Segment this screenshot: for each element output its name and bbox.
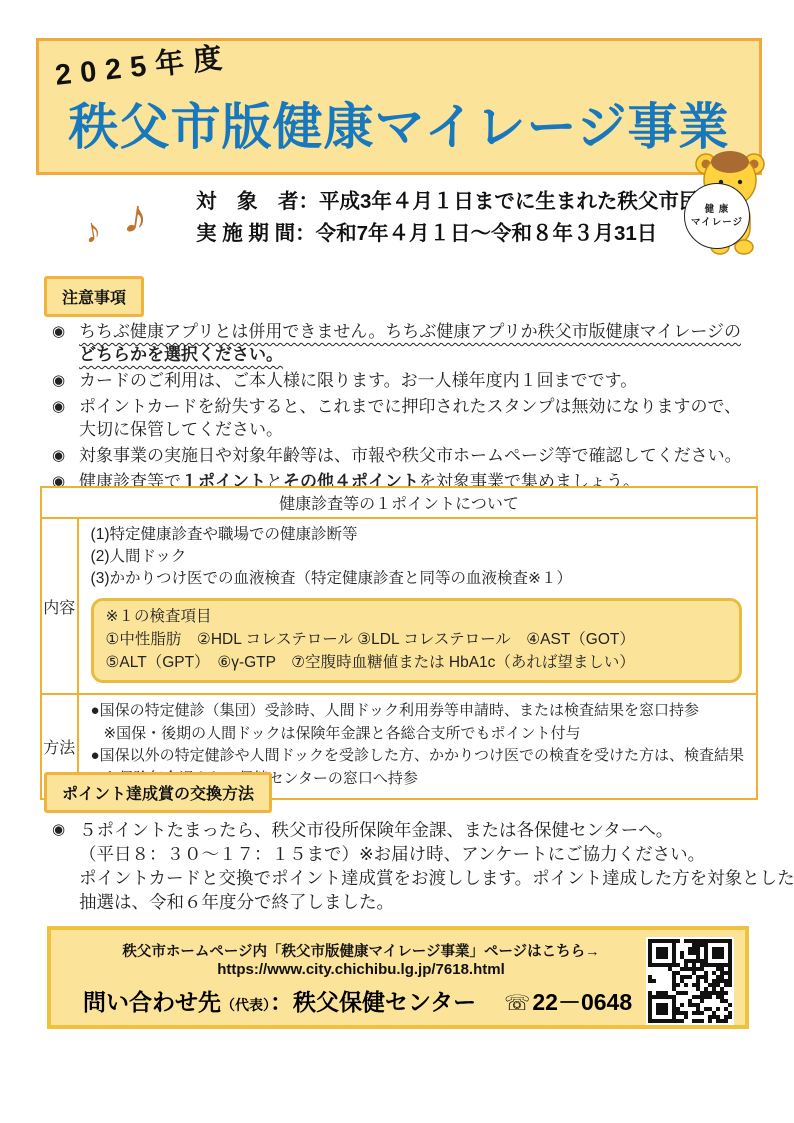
homepage-note: 秩父市ホームページ内「秩父市版健康マイレージ事業」ページはこちら→ bbox=[71, 940, 651, 961]
contact-line: 問い合わせ先（代表）：秩父保健センター☏22－0648 bbox=[83, 984, 632, 1017]
exchange-block: ◉ ５ポイントたまったら、秩父市役所保険年金課、または各保健センターへ。 （平日… bbox=[52, 818, 764, 917]
table-content-row: 内容 (1)特定健康診査や職場での健康診断等 (2)人間ドック (3)かかりつけ… bbox=[41, 518, 757, 694]
note-1-line-2: どちらかを選択ください。 bbox=[79, 345, 283, 364]
note-1-line-1: ちちぶ健康アプリとは併用できません。ちちぶ健康アプリか秩父市版健康マイレージの bbox=[79, 322, 741, 341]
method-line-3: ●国保以外の特定健診や人間ドックを受診した方、かかりつけ医での検査を受けた方は、… bbox=[91, 745, 744, 768]
health-mileage-badge: 健 康 マイレージ bbox=[684, 183, 750, 249]
content-line-3: (3)かかりつけ医での血液検査（特定健康診査と同等の血液検査※１） bbox=[91, 568, 744, 590]
note-item-3: ◉ ポイントカードを紛失すると、これまでに押印されたスタンプは無効になりますので… bbox=[52, 395, 764, 441]
music-note-large-icon: ♪ bbox=[120, 189, 151, 247]
content-line-1: (1)特定健康診査や職場での健康診断等 bbox=[91, 524, 744, 546]
period-line: 実 施 期 間：令和7年４月１日～令和８年３月31日 bbox=[196, 218, 718, 250]
music-notes-icon: ♪ ♪ bbox=[78, 190, 188, 260]
fisheye-bullet-icon: ◉ bbox=[52, 818, 79, 841]
phone-number: 22－0648 bbox=[532, 989, 632, 1015]
fisheye-bullet-icon: ◉ bbox=[52, 369, 79, 392]
contact-name: ：秩父保健センター bbox=[270, 989, 476, 1015]
exam-items-title: ※１の検査項目 bbox=[106, 605, 727, 628]
flyer-page: 2025年度 秩父市版健康マイレージ事業 健 康 マイレージ ♪ ♪ bbox=[0, 0, 794, 1123]
exchange-line-4: 抽選は、令和６年度分で終了しました。 bbox=[79, 892, 394, 912]
note-3-line-1: ポイントカードを紛失すると、これまでに押印されたスタンプは無効になりますので、 bbox=[79, 397, 741, 416]
exchange-text: ５ポイントたまったら、秩父市役所保険年金課、または各保健センターへ。 （平日８：… bbox=[79, 818, 794, 914]
method-line-1: ●国保の特定健診（集団）受診時、人間ドック利用券等申請時、または検査結果を窓口持… bbox=[91, 700, 744, 723]
period-label: 実 施 期 間： bbox=[196, 222, 316, 245]
intro-block: ♪ ♪ 対 象 者：平成3年４月１日までに生まれた秩父市民 実 施 期 間：令和… bbox=[78, 186, 718, 260]
contact-label: 問い合わせ先 bbox=[83, 989, 221, 1015]
homepage-url[interactable]: https://www.city.chichibu.lg.jp/7618.htm… bbox=[71, 961, 651, 978]
method-line-2: ※国保・後期の人間ドックは保険年金課と各総合支所でもポイント付与 bbox=[91, 723, 744, 746]
exchange-line-3: ポイントカードと交換でポイント達成賞をお渡しします。ポイント達成した方を対象とし… bbox=[79, 868, 794, 888]
target-label: 対 象 者： bbox=[196, 190, 319, 213]
header-band: 2025年度 秩父市版健康マイレージ事業 bbox=[36, 38, 762, 175]
note-3-line-2: 大切に保管してください。 bbox=[79, 420, 283, 439]
exam-items-line-2: ⑤ALT（GPT） ⑥γ-GTP ⑦空腹時血糖値または HbA1c（あれば望まし… bbox=[106, 651, 727, 674]
exchange-heading: ポイント達成賞の交換方法 bbox=[44, 772, 272, 813]
fisheye-bullet-icon: ◉ bbox=[52, 444, 79, 467]
content-line-2: (2)人間ドック bbox=[91, 546, 744, 568]
contact-paren: （代表） bbox=[221, 997, 270, 1013]
note-item-2: ◉ カードのご利用は、ご本人様に限ります。お一人様年度内１回までです。 bbox=[52, 369, 764, 392]
target-value: 平成3年４月１日までに生まれた秩父市民 bbox=[319, 190, 699, 213]
fiscal-year: 2025年度 bbox=[53, 35, 233, 94]
note-item-2-text: カードのご利用は、ご本人様に限ります。お一人様年度内１回までです。 bbox=[79, 369, 637, 392]
qr-code-panel bbox=[646, 937, 734, 1025]
content-row-cell: (1)特定健康診査や職場での健康診断等 (2)人間ドック (3)かかりつけ医での… bbox=[78, 518, 757, 694]
qr-code bbox=[648, 939, 732, 1023]
table-title: 健康診査等の１ポイントについて bbox=[41, 487, 757, 518]
note-item-1: ◉ ちちぶ健康アプリとは併用できません。ちちぶ健康アプリか秩父市版健康マイレージ… bbox=[52, 320, 764, 366]
exchange-line-1: ５ポイントたまったら、秩父市役所保険年金課、または各保健センターへ。 bbox=[79, 820, 673, 840]
content-row-label: 内容 bbox=[41, 518, 78, 694]
fisheye-bullet-icon: ◉ bbox=[52, 395, 79, 418]
table-title-row: 健康診査等の１ポイントについて bbox=[41, 487, 757, 518]
exchange-item: ◉ ５ポイントたまったら、秩父市役所保険年金課、または各保健センターへ。 （平日… bbox=[52, 818, 764, 914]
note-item-3-text: ポイントカードを紛失すると、これまでに押印されたスタンプは無効になりますので、 … bbox=[79, 395, 741, 441]
target-line: 対 象 者：平成3年４月１日までに生まれた秩父市民 bbox=[196, 186, 718, 218]
note-item-1-text: ちちぶ健康アプリとは併用できません。ちちぶ健康アプリか秩父市版健康マイレージの … bbox=[79, 320, 741, 366]
notes-list: ◉ ちちぶ健康アプリとは併用できません。ちちぶ健康アプリか秩父市版健康マイレージ… bbox=[52, 320, 764, 496]
note-item-4: ◉ 対象事業の実施日や対象年齢等は、市報や秩父市ホームページ等で確認してください… bbox=[52, 444, 764, 467]
exam-items-line-1: ①中性脂肪 ②HDL コレステロール ③LDL コレステロール ④AST（GOT… bbox=[106, 628, 727, 651]
intro-lines: 対 象 者：平成3年４月１日までに生まれた秩父市民 実 施 期 間：令和7年４月… bbox=[196, 186, 718, 250]
exchange-line-2: （平日８：３０～１７：１５まで）※お届け時、アンケートにご協力ください。 bbox=[79, 844, 705, 864]
exam-items-box: ※１の検査項目 ①中性脂肪 ②HDL コレステロール ③LDL コレステロール … bbox=[91, 598, 742, 683]
footer-contact-box: 秩父市ホームページ内「秩父市版健康マイレージ事業」ページはこちら→ https:… bbox=[47, 926, 749, 1029]
badge-text-bottom: マイレージ bbox=[691, 216, 743, 229]
music-note-small-icon: ♪ bbox=[81, 211, 105, 252]
page-title: 秩父市版健康マイレージ事業 bbox=[39, 87, 759, 159]
phone-icon: ☏ bbox=[504, 992, 530, 1015]
note-item-4-text: 対象事業の実施日や対象年齢等は、市報や秩父市ホームページ等で確認してください。 bbox=[79, 444, 742, 467]
badge-text-top: 健 康 bbox=[705, 203, 730, 216]
one-point-table: 健康診査等の１ポイントについて 内容 (1)特定健康診査や職場での健康診断等 (… bbox=[40, 486, 758, 800]
notes-heading: 注意事項 bbox=[44, 276, 144, 317]
period-value: 令和7年４月１日～令和８年３月31日 bbox=[316, 222, 658, 245]
fisheye-bullet-icon: ◉ bbox=[52, 320, 79, 343]
